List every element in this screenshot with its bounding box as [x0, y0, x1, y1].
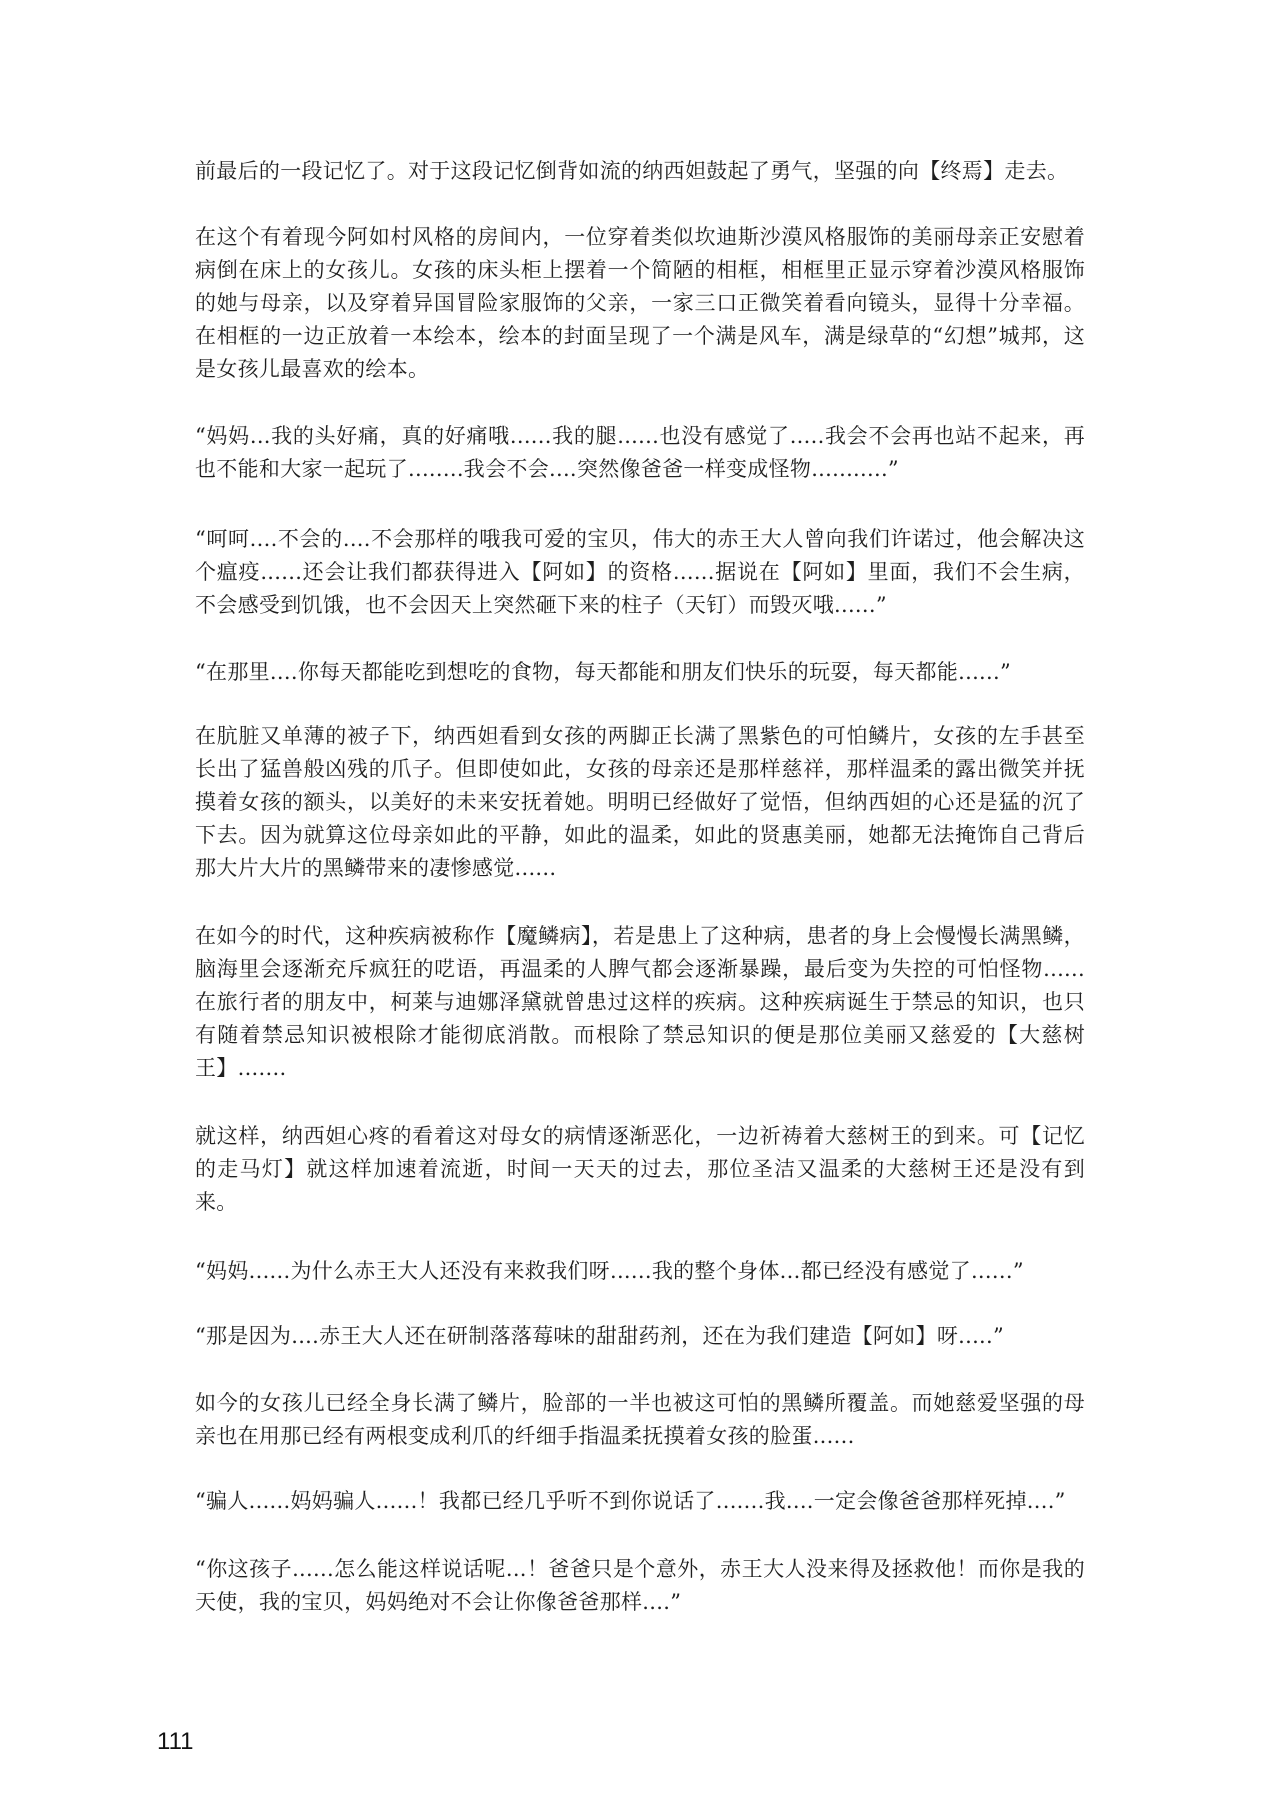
paragraph-memory-intro: 前最后的一段记忆了。对于这段记忆倒背如流的纳西妲鼓起了勇气，坚强的向【终焉】走去…: [195, 155, 1085, 188]
paragraph-mother-dialogue-4: “你这孩子......怎么能这样说话呢...！爸爸只是个意外，赤王大人没来得及拯…: [195, 1553, 1085, 1619]
paragraph-eleazar-disease: 在如今的时代，这种疾病被称作【魔鳞病】，若是患上了这种病，患者的身上会慢慢长满黑…: [195, 920, 1085, 1085]
page-number: 111: [157, 1728, 193, 1756]
paragraph-scales-description: 在肮脏又单薄的被子下，纳西妲看到女孩的两脚正长满了黑紫色的可怕鳞片，女孩的左手甚…: [195, 720, 1085, 885]
paragraph-room-description: 在这个有着现今阿如村风格的房间内，一位穿着类似坎迪斯沙漠风格服饰的美丽母亲正安慰…: [195, 221, 1085, 386]
paragraph-mother-dialogue-1: “呵呵....不会的....不会那样的哦我可爱的宝贝，伟大的赤王大人曾向我们许诺…: [195, 523, 1085, 622]
paragraph-mother-dialogue-3: “那是因为....赤王大人还在研制落落莓味的甜甜药剂，还在为我们建造【阿如】呀.…: [195, 1320, 1085, 1353]
document-page: 前最后的一段记忆了。对于这段记忆倒背如流的纳西妲鼓起了勇气，坚强的向【终焉】走去…: [0, 0, 1280, 1810]
paragraph-girl-dialogue-2: “妈妈......为什么赤王大人还没有来救我们呀......我的整个身体...都…: [195, 1255, 1085, 1288]
paragraph-time-passing: 就这样，纳西妲心疼的看着这对母女的病情逐渐恶化，一边祈祷着大慈树王的到来。可【记…: [195, 1120, 1085, 1219]
paragraph-mother-dialogue-2: “在那里....你每天都能吃到想吃的食物，每天都能和朋友们快乐的玩耍，每天都能.…: [195, 656, 1085, 689]
paragraph-girl-dialogue-1: “妈妈...我的头好痛，真的好痛哦......我的腿......也没有感觉了..…: [195, 420, 1085, 486]
paragraph-girl-dialogue-3: “骗人......妈妈骗人......！我都已经几乎听不到你说话了.......…: [195, 1485, 1085, 1518]
paragraph-girl-covered-scales: 如今的女孩儿已经全身长满了鳞片，脸部的一半也被这可怕的黑鳞所覆盖。而她慈爱坚强的…: [195, 1387, 1085, 1453]
